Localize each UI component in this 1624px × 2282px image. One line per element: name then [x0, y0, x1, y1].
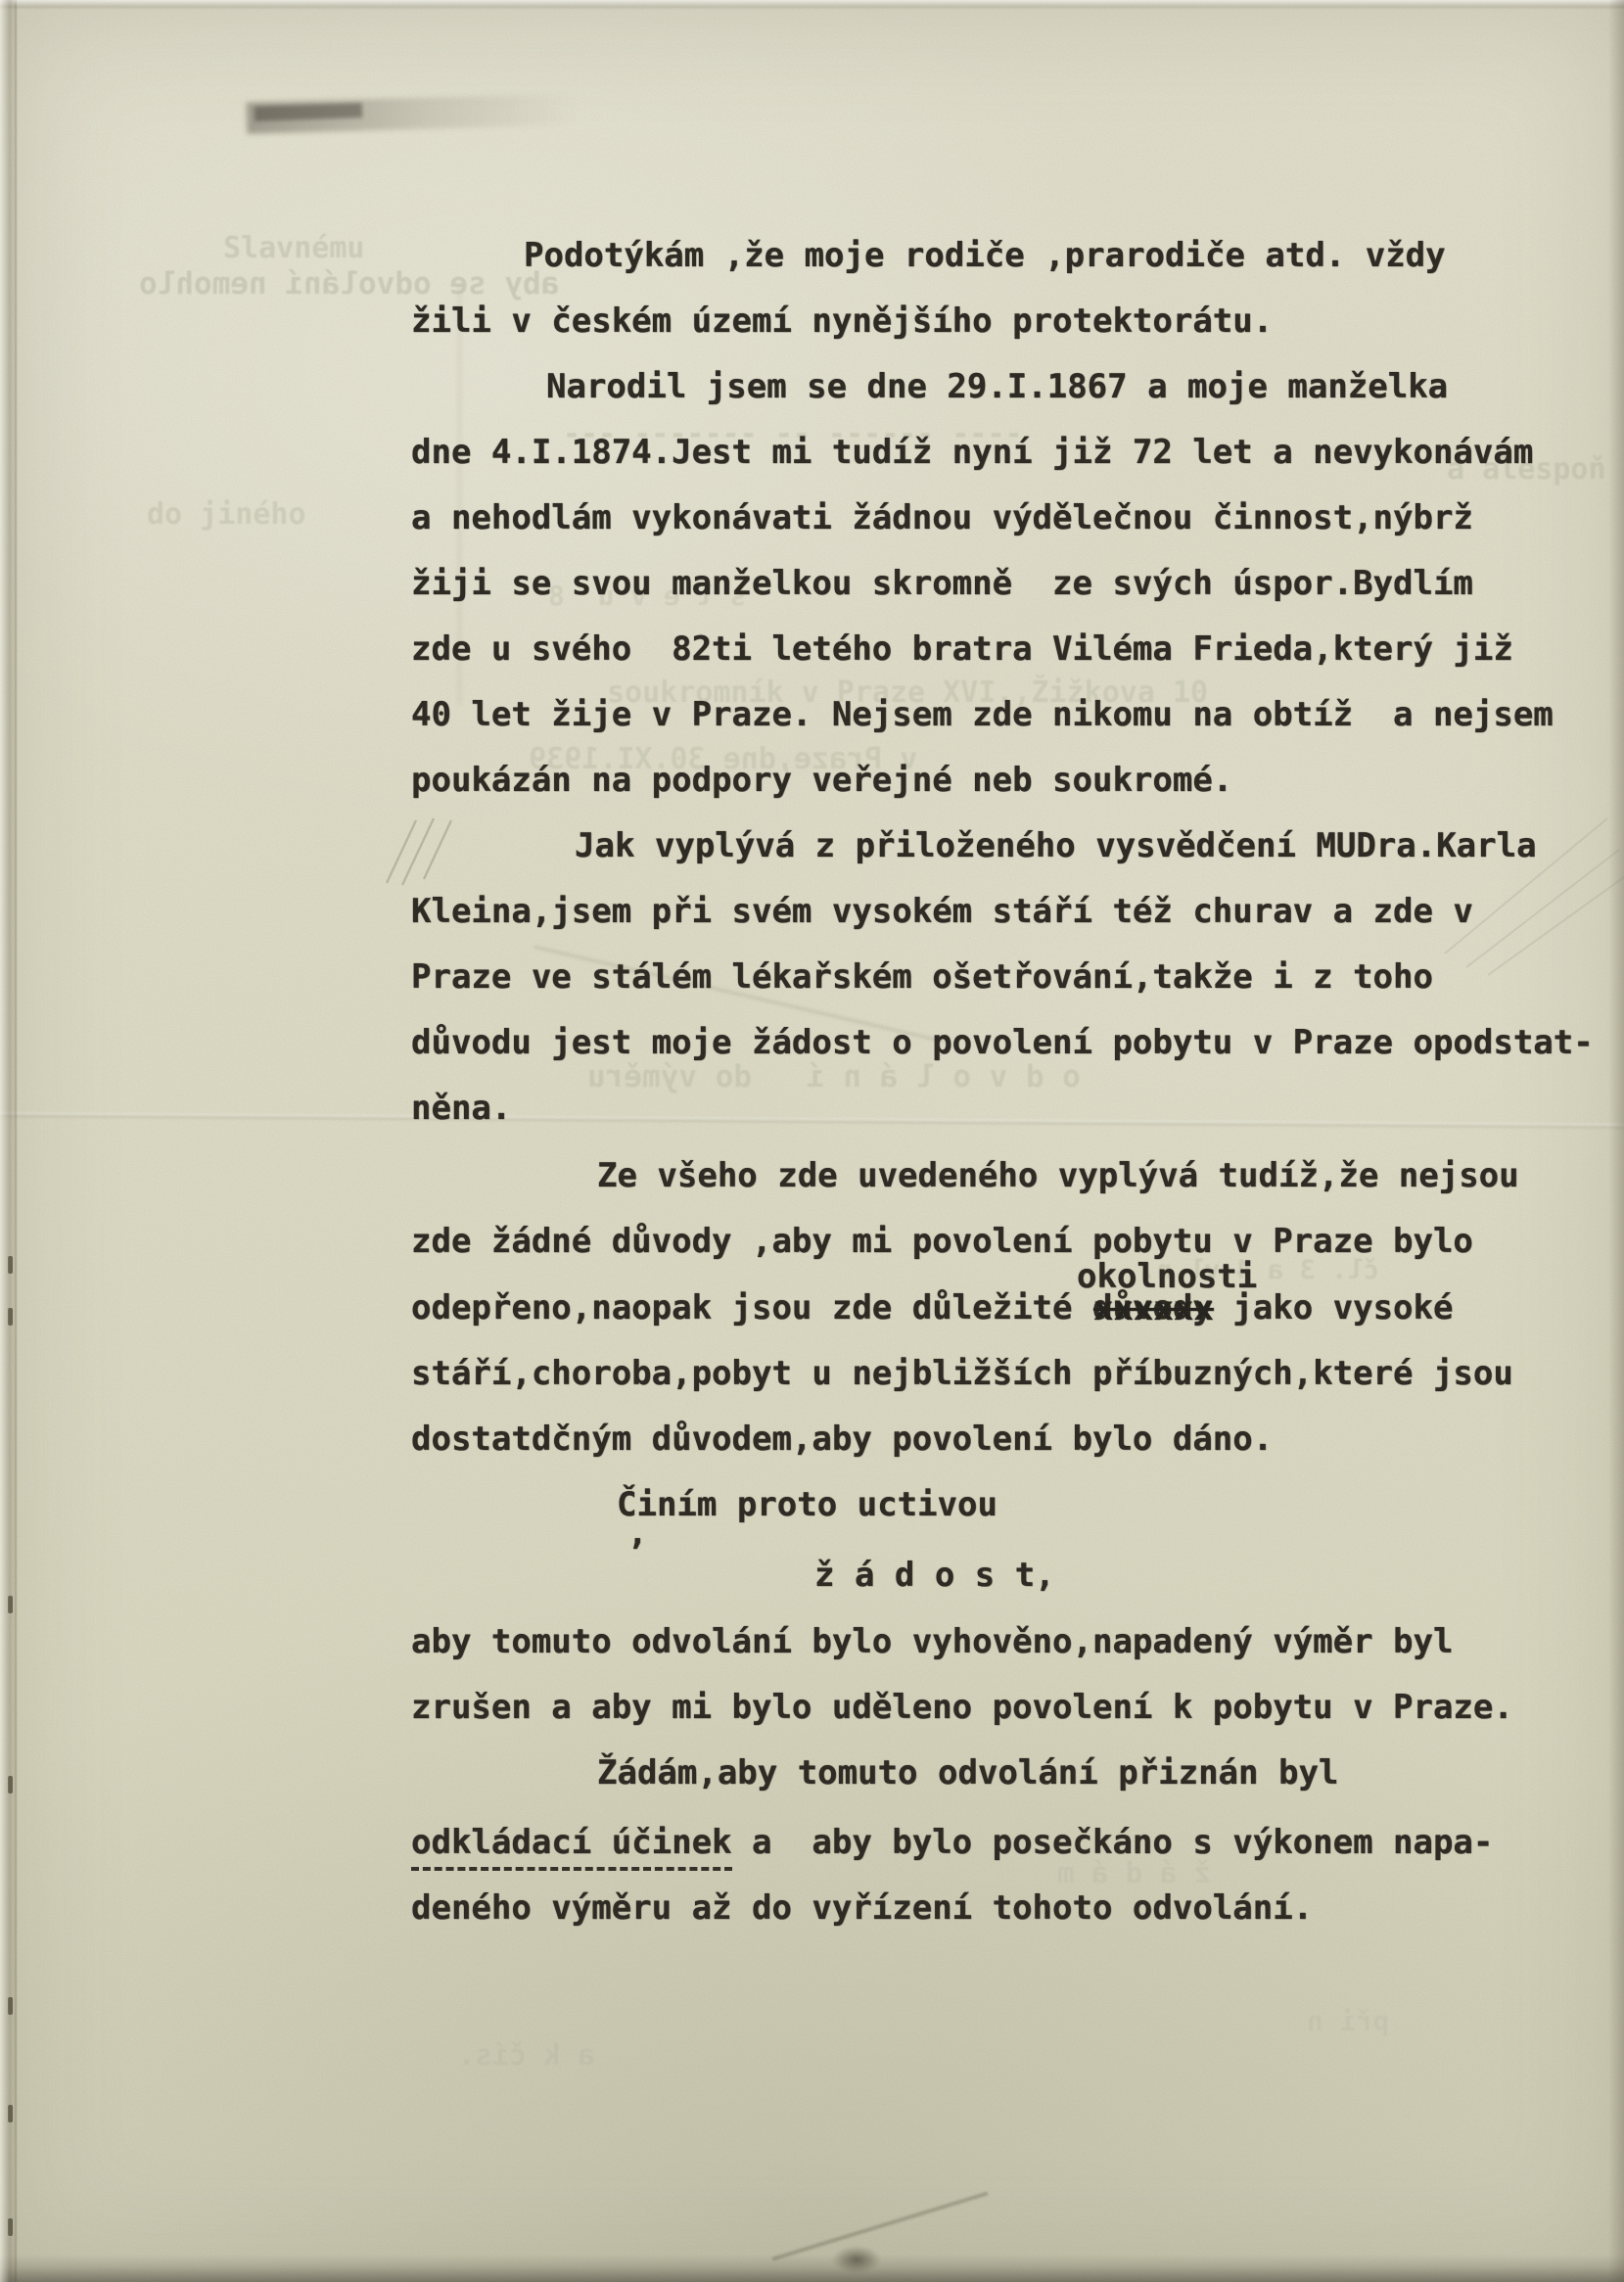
page-left-edge	[0, 0, 18, 2282]
text-line: žiji se svou manželkou skromně ze svých …	[411, 564, 1473, 603]
text-line: a nehodlám vykonávati žádnou výdělečnou …	[411, 498, 1473, 537]
text-segment: odepřeno,naopak jsou zde důležité	[411, 1288, 1092, 1327]
page-bottom-edge	[0, 2255, 1624, 2282]
text-line: Kleina,jsem při svém vysokém stáří též c…	[411, 892, 1473, 931]
text-line: dostatdčným důvodem,aby povolení bylo dá…	[411, 1420, 1273, 1459]
bleedthrough-text: o d v o l á n í do výměru	[587, 1059, 1081, 1094]
text-line: ž á d o s t,	[814, 1556, 1055, 1595]
text-line: aby tomuto odvolání bylo vyhověno,napade…	[411, 1622, 1453, 1661]
text-line: Činím proto uctivou	[617, 1485, 998, 1524]
bleedthrough-text: do jiného	[147, 497, 306, 532]
text-line: odkládací účinek a aby bylo posečkáno s …	[411, 1823, 1493, 1862]
overtype-x-marks: xxxxxx	[1093, 1289, 1214, 1328]
text-line: dne 4.I.1874.Jest mi tudíž nyní již 72 l…	[411, 433, 1533, 472]
text-line: ,	[627, 1514, 647, 1553]
bleedthrough-text: Slavnému	[223, 231, 365, 265]
text-line: Jak vyplývá z přiloženého vysvědčení MUD…	[575, 826, 1537, 865]
text-line: Praze ve stálém lékařském ošetřování,tak…	[411, 957, 1433, 997]
text-line: něna.	[411, 1089, 511, 1128]
page-top-edge	[0, 0, 1624, 10]
underlined-phrase: odkládací účinek	[411, 1823, 732, 1871]
text-line: Ze všeho zde uvedeného vyplývá tudíž,že …	[597, 1156, 1519, 1195]
text-line: zde žádné důvody ,aby mi povolení pobytu…	[411, 1222, 1473, 1261]
scanned-letter-page: Slavnémuaby se odvolání nemohlo--- -----…	[0, 0, 1624, 2282]
text-line: 40 let žije v Praze. Nejsem zde nikomu n…	[411, 695, 1554, 734]
page-right-edge	[1608, 0, 1624, 2282]
text-line: žili v českém území nynějšího protektorá…	[411, 302, 1273, 341]
text-line: zrušen a aby mi bylo uděleno povolení k …	[411, 1688, 1513, 1727]
text-line: Narodil jsem se dne 29.I.1867 a moje man…	[546, 367, 1448, 406]
pencil-scribbles	[0, 0, 1624, 2282]
horizontal-fold-crease	[0, 1112, 1624, 1129]
text-line: důvodu jest moje žádost o povolení pobyt…	[411, 1023, 1594, 1062]
bleedthrough-text: a k čís.	[458, 2038, 595, 2072]
bleedthrough-text: aby se odvolání nemohlo	[139, 266, 559, 302]
paper-grain-texture	[0, 0, 1624, 2282]
struck-out-word: důvodyxxxxxx	[1092, 1288, 1213, 1327]
text-line: Podotýkám ,že moje rodiče ,prarodiče atd…	[524, 236, 1446, 275]
text-line: zde u svého 82ti letého bratra Viléma Fr…	[411, 629, 1513, 669]
text-line: odepřeno,naopak jsou zde důležité důvody…	[411, 1288, 1453, 1327]
text-line: Žádám,aby tomuto odvolání přiznán byl	[597, 1753, 1338, 1793]
text-line: deného výměru až do vyřízení tohoto odvo…	[411, 1888, 1313, 1928]
bleedthrough-text: při n	[1307, 2005, 1389, 2037]
text-segment: jako vysoké	[1213, 1288, 1454, 1327]
text-line: stáří,choroba,pobyt u nejbližších příbuz…	[411, 1354, 1513, 1393]
text-line: poukázán na podpory veřejné neb soukromé…	[411, 761, 1232, 800]
text-segment: a aby bylo posečkáno s výkonem napa-	[732, 1823, 1494, 1862]
pencil-scribble-left	[387, 818, 451, 885]
